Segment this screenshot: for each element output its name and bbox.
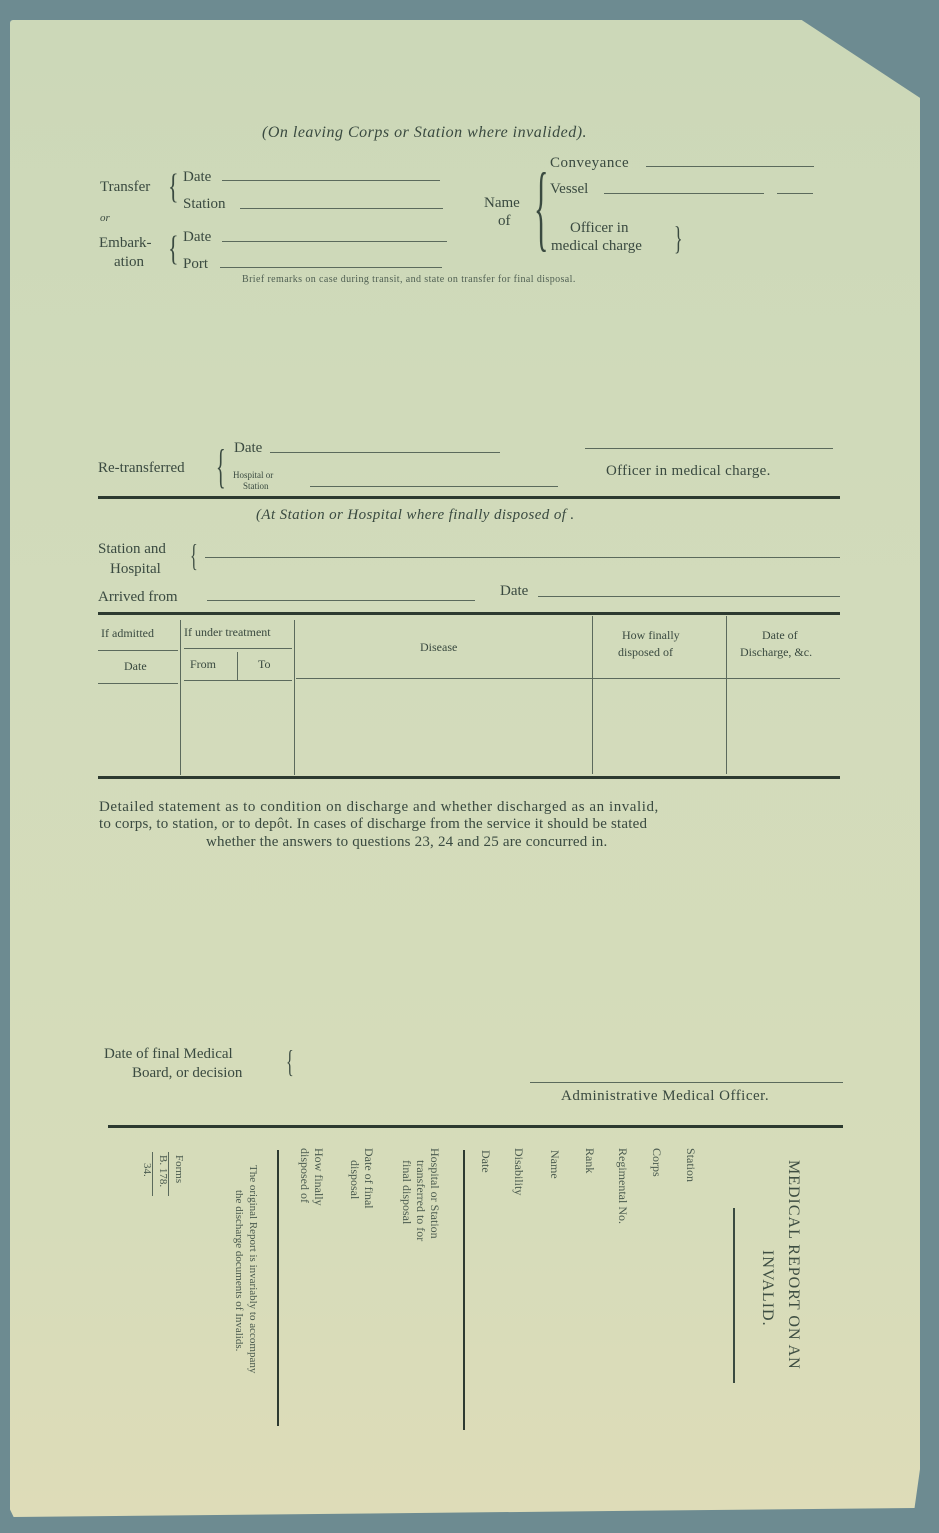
th-to: To [258, 657, 271, 672]
endorsement-date: Date [479, 1150, 493, 1173]
table-top-rule [98, 612, 840, 615]
col-divider [726, 616, 727, 774]
table-bottom-rule [98, 776, 840, 779]
row-divider [98, 683, 178, 684]
final-board-date-field[interactable] [300, 1046, 520, 1086]
vessel-field[interactable] [604, 193, 764, 194]
endorsement-hospital-transferred-2: transferred to for [414, 1160, 428, 1241]
transfer-label: Transfer [100, 179, 150, 196]
row-divider [296, 678, 840, 679]
arrived-from-field[interactable] [207, 600, 475, 601]
transfer-date-field[interactable] [222, 180, 440, 181]
cell-date-discharge[interactable] [729, 682, 839, 772]
name-of-label-2: of [498, 213, 511, 230]
statement-line-2: to corps, to station, or to depôt. In ca… [99, 816, 647, 833]
cell-disease[interactable] [297, 682, 590, 772]
th-if-admitted: If admitted [101, 626, 154, 641]
embark-port-field[interactable] [220, 267, 442, 268]
row-divider [184, 680, 292, 681]
th-date: Date [124, 659, 147, 674]
vessel-label: Vessel [550, 181, 588, 198]
or-label: or [100, 212, 110, 224]
transfer-date-label: Date [183, 169, 211, 186]
endorsement-disability: Disability [512, 1148, 526, 1195]
brace-icon: { [216, 441, 226, 496]
endorsement-title: MEDICAL REPORT ON AN [782, 1160, 804, 1370]
arrived-date-field[interactable] [538, 596, 840, 597]
th-disease: Disease [420, 640, 457, 655]
retransfer-date-label: Date [234, 440, 262, 457]
endorsement-note-2: the discharge documents of Invalids. [232, 1190, 246, 1351]
remarks-area[interactable] [100, 292, 840, 432]
endorsement-rule [277, 1150, 279, 1426]
embark-date-label: Date [183, 229, 211, 246]
arrived-from-label: Arrived from [98, 589, 178, 606]
endorsement-date-final-2: disposal [348, 1160, 362, 1199]
cell-treatment-to[interactable] [239, 685, 293, 773]
station-hospital-label: Station and [98, 541, 166, 558]
endorsement-name: Name [548, 1150, 562, 1179]
form-number: Forms [172, 1155, 186, 1183]
retransfer-hospital-field[interactable] [310, 486, 558, 487]
section-heading-on-leaving: (On leaving Corps or Station where inval… [262, 124, 587, 142]
cell-admitted-date[interactable] [99, 685, 179, 773]
officer-caption: Officer in medical charge. [606, 463, 771, 480]
officer-signature-field[interactable] [585, 448, 833, 449]
endorsement-regimental-no: Regimental No. [616, 1148, 630, 1224]
final-board-label-2: Board, or decision [132, 1065, 242, 1082]
endorsement-title-2: INVALID. [756, 1250, 778, 1327]
th-how-disposed: How finally [622, 628, 680, 643]
admin-officer-signature-field[interactable] [530, 1082, 843, 1083]
endorsement-corps: Corps [650, 1148, 664, 1177]
th-date-discharge-2: Discharge, &c. [740, 645, 812, 660]
conveyance-label: Conveyance [550, 155, 629, 172]
col-divider [180, 620, 181, 775]
endorsement-rule [463, 1150, 465, 1430]
row-divider [184, 648, 292, 649]
form-number-2: B. 178. [156, 1155, 170, 1187]
transfer-station-field[interactable] [240, 208, 443, 209]
statement-area[interactable] [99, 860, 841, 1030]
endorsement-note: The original Report is invariably to acc… [246, 1165, 260, 1373]
embarkation-label: Embark- [99, 235, 151, 252]
brace-icon: { [190, 540, 198, 576]
officer-label-2: medical charge [551, 238, 642, 255]
col-divider [237, 652, 238, 680]
th-how-disposed-2: disposed of [618, 645, 673, 660]
title-rule [733, 1208, 735, 1383]
retransferred-label: Re-transferred [98, 460, 185, 477]
endorsement-hospital-transferred: Hospital or Station [428, 1148, 442, 1239]
retransfer-hospital-label: Hospital or [233, 470, 273, 480]
endorsement-how-finally-2: disposed of [298, 1148, 312, 1203]
conveyance-field[interactable] [646, 166, 814, 167]
retransfer-date-field[interactable] [270, 452, 500, 453]
brace-icon: { [534, 156, 548, 265]
remarks-caption: Brief remarks on case during transit, an… [242, 274, 576, 285]
embark-date-field[interactable] [222, 241, 447, 242]
station-hospital-label-2: Hospital [110, 561, 161, 578]
th-from: From [190, 657, 216, 672]
brace-icon: { [286, 1046, 294, 1082]
cell-how-disposed[interactable] [595, 682, 724, 772]
endorsement-date-final: Date of final [362, 1148, 376, 1209]
transfer-station-label: Station [183, 196, 226, 213]
station-hospital-field[interactable] [205, 557, 840, 558]
brace-icon: } [674, 220, 683, 258]
th-date-discharge: Date of [762, 628, 798, 643]
admin-officer-caption: Administrative Medical Officer. [561, 1088, 769, 1105]
brace-icon: { [168, 228, 179, 270]
row-divider [98, 650, 178, 651]
vessel-field-ext[interactable] [777, 193, 813, 194]
embark-port-label: Port [183, 256, 208, 273]
cell-treatment-from[interactable] [183, 685, 235, 773]
statement-line-3: whether the answers to questions 23, 24 … [206, 834, 607, 851]
endorsement-hospital-transferred-3: final disposal [400, 1160, 414, 1224]
name-of-label: Name [484, 195, 520, 212]
th-if-under-treatment: If under treatment [184, 625, 271, 640]
endorsement-station: Station [684, 1148, 698, 1182]
fold-divider [108, 1125, 843, 1128]
endorsement-rank: Rank [583, 1148, 597, 1173]
final-board-label: Date of final Medical [104, 1046, 233, 1063]
col-divider [294, 620, 295, 775]
section-heading-final: (At Station or Hospital where finally di… [256, 507, 575, 524]
form-number-3: 34. [140, 1163, 154, 1177]
arrived-date-label: Date [500, 583, 528, 600]
officer-label: Officer in [570, 220, 628, 237]
endorsement-how-finally: How finally [312, 1148, 326, 1206]
brace-icon: { [168, 166, 179, 208]
retransfer-hospital-label-2: Station [243, 481, 269, 491]
section-divider [98, 496, 840, 499]
col-divider [592, 616, 593, 774]
embarkation-label-2: ation [114, 254, 144, 271]
statement-line-1: Detailed statement as to condition on di… [99, 799, 659, 816]
